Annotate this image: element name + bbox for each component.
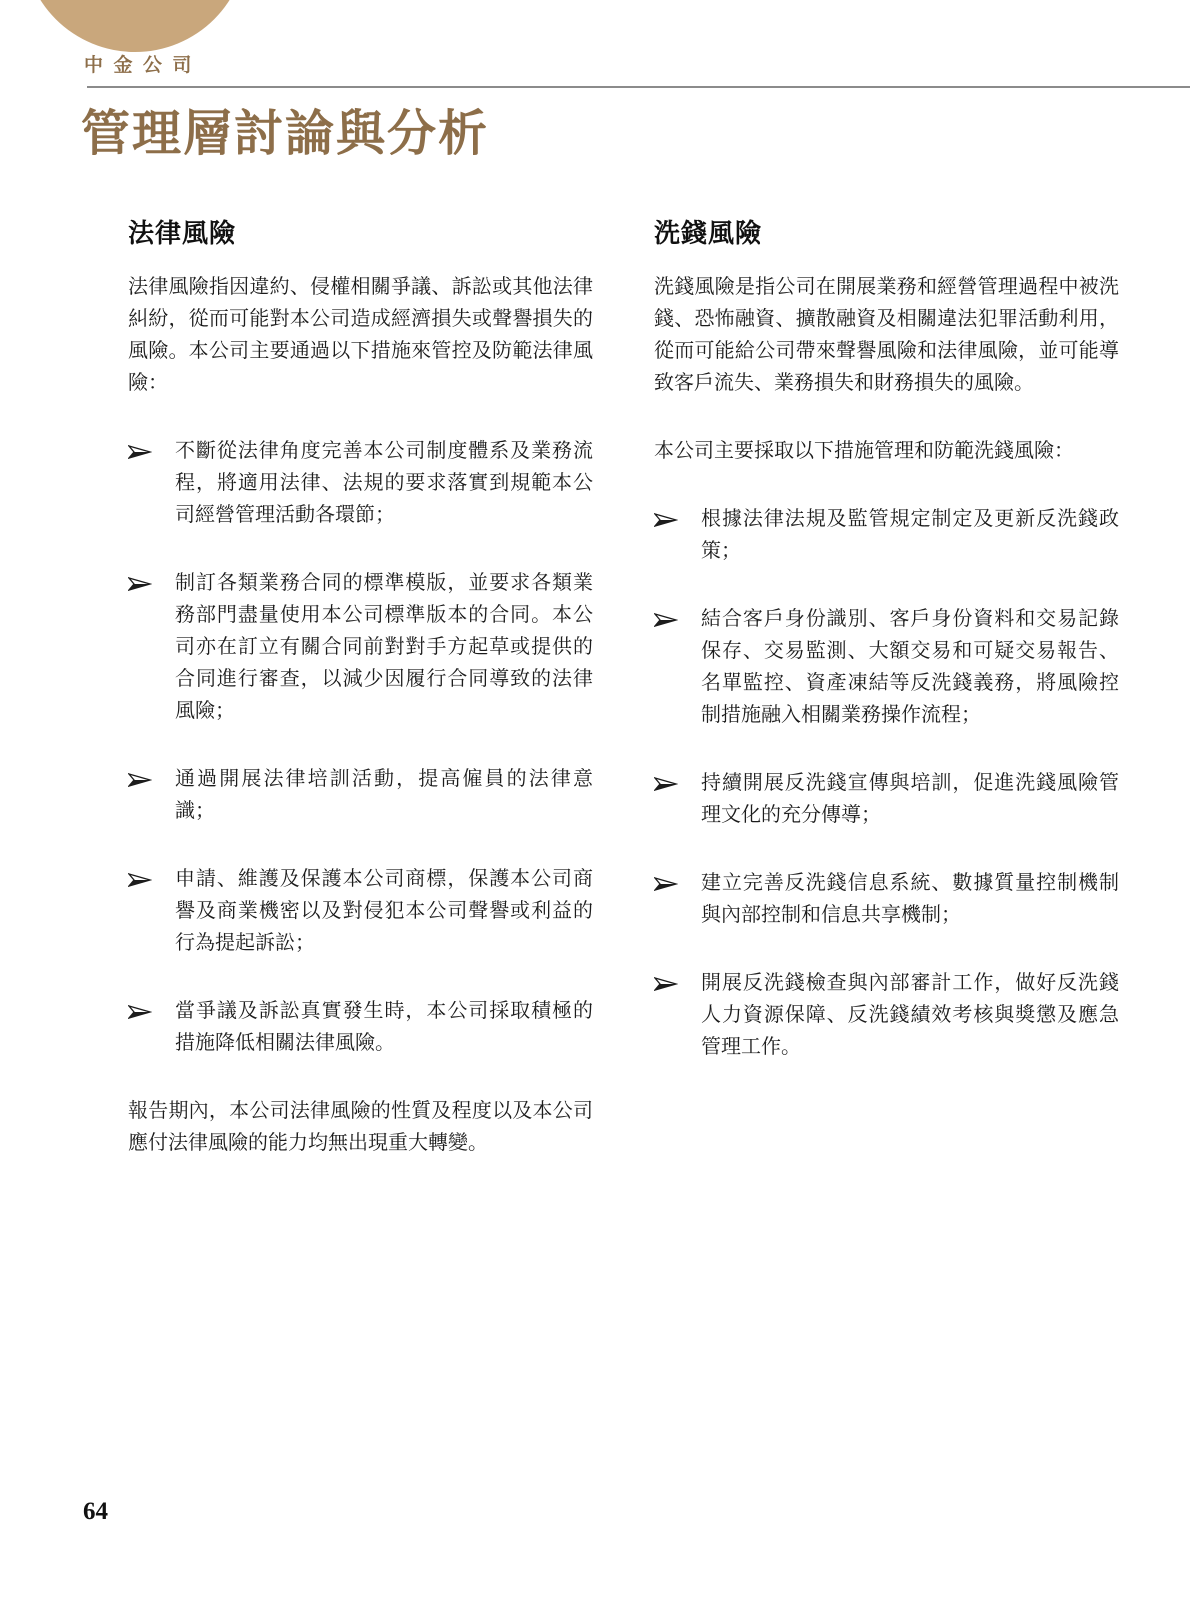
- bullet-text: 通過開展法律培訓活動，提高僱員的法律意識；: [175, 763, 593, 827]
- bullet-text: 根據法律法規及監管規定制定及更新反洗錢政策；: [701, 503, 1119, 567]
- bullet-text: 不斷從法律角度完善本公司制度體系及業務流程，將適用法律、法規的要求落實到規範本公…: [175, 435, 593, 531]
- arrowhead-bullet-icon: [654, 503, 701, 567]
- bullet-text: 建立完善反洗錢信息系統、數據質量控制機制與內部控制和信息共享機制；: [701, 867, 1119, 931]
- bullet-text: 開展反洗錢檢查與內部審計工作，做好反洗錢人力資源保障、反洗錢績效考核與獎懲及應急…: [701, 967, 1119, 1063]
- bullet-item: 建立完善反洗錢信息系統、數據質量控制機制與內部控制和信息共享機制；: [654, 867, 1119, 931]
- arrowhead-bullet-icon: [654, 867, 701, 931]
- section-closing: 報告期內，本公司法律風險的性質及程度以及本公司應付法律風險的能力均無出現重大轉變…: [128, 1095, 593, 1159]
- section-money-laundering-risk: 洗錢風險 洗錢風險是指公司在開展業務和經營管理過程中被洗錢、恐怖融資、擴散融資及…: [654, 218, 1119, 1099]
- page-number: 64: [83, 1498, 108, 1526]
- bullet-text: 結合客戶身份識別、客戶身份資料和交易記錄保存、交易監測、大額交易和可疑交易報告、…: [701, 603, 1119, 731]
- bullet-text: 當爭議及訴訟真實發生時，本公司採取積極的措施降低相關法律風險。: [175, 995, 593, 1059]
- bullet-item: 開展反洗錢檢查與內部審計工作，做好反洗錢人力資源保障、反洗錢績效考核與獎懲及應急…: [654, 967, 1119, 1063]
- bullet-list: 不斷從法律角度完善本公司制度體系及業務流程，將適用法律、法規的要求落實到規範本公…: [128, 435, 593, 1059]
- bullet-item: 持續開展反洗錢宣傳與培訓，促進洗錢風險管理文化的充分傳導；: [654, 767, 1119, 831]
- section-intro: 洗錢風險是指公司在開展業務和經營管理過程中被洗錢、恐怖融資、擴散融資及相關違法犯…: [654, 271, 1119, 399]
- brand-name: 中金公司: [84, 50, 202, 77]
- bullet-item: 通過開展法律培訓活動，提高僱員的法律意識；: [128, 763, 593, 827]
- arrowhead-bullet-icon: [654, 967, 701, 1063]
- arrowhead-bullet-icon: [128, 435, 175, 531]
- bullet-text: 持續開展反洗錢宣傳與培訓，促進洗錢風險管理文化的充分傳導；: [701, 767, 1119, 831]
- section-legal-risk: 法律風險 法律風險指因違約、侵權相關爭議、訴訟或其他法律糾紛，從而可能對本公司造…: [128, 218, 593, 1195]
- bullet-text: 申請、維護及保護本公司商標，保護本公司商譽及商業機密以及對侵犯本公司聲譽或利益的…: [175, 863, 593, 959]
- section-lead-in: 本公司主要採取以下措施管理和防範洗錢風險：: [654, 435, 1119, 467]
- bullet-item: 申請、維護及保護本公司商標，保護本公司商譽及商業機密以及對侵犯本公司聲譽或利益的…: [128, 863, 593, 959]
- gold-medallion-logo-icon: [23, 0, 247, 52]
- report-page: 中金公司 管理層討論與分析 法律風險 法律風險指因違約、侵權相關爭議、訴訟或其他…: [0, 0, 1190, 1615]
- bullet-text: 制訂各類業務合同的標準模版，並要求各類業務部門盡量使用本公司標準版本的合同。本公…: [175, 567, 593, 727]
- section-heading: 洗錢風險: [654, 218, 1119, 249]
- arrowhead-bullet-icon: [128, 567, 175, 727]
- section-heading: 法律風險: [128, 218, 593, 249]
- arrowhead-bullet-icon: [128, 863, 175, 959]
- arrowhead-bullet-icon: [128, 995, 175, 1059]
- bullet-item: 當爭議及訴訟真實發生時，本公司採取積極的措施降低相關法律風險。: [128, 995, 593, 1059]
- arrowhead-bullet-icon: [128, 763, 175, 827]
- arrowhead-bullet-icon: [654, 767, 701, 831]
- bullet-item: 根據法律法規及監管規定制定及更新反洗錢政策；: [654, 503, 1119, 567]
- bullet-item: 制訂各類業務合同的標準模版，並要求各類業務部門盡量使用本公司標準版本的合同。本公…: [128, 567, 593, 727]
- header-divider: [87, 86, 1190, 88]
- bullet-item: 不斷從法律角度完善本公司制度體系及業務流程，將適用法律、法規的要求落實到規範本公…: [128, 435, 593, 531]
- section-intro: 法律風險指因違約、侵權相關爭議、訴訟或其他法律糾紛，從而可能對本公司造成經濟損失…: [128, 271, 593, 399]
- content-columns: 法律風險 法律風險指因違約、侵權相關爭議、訴訟或其他法律糾紛，從而可能對本公司造…: [128, 218, 1120, 1195]
- bullet-list: 根據法律法規及監管規定制定及更新反洗錢政策； 結合客戶身份識別、客戶身份資料和交…: [654, 503, 1119, 1063]
- arrowhead-bullet-icon: [654, 603, 701, 731]
- page-title: 管理層討論與分析: [81, 95, 489, 165]
- bullet-item: 結合客戶身份識別、客戶身份資料和交易記錄保存、交易監測、大額交易和可疑交易報告、…: [654, 603, 1119, 731]
